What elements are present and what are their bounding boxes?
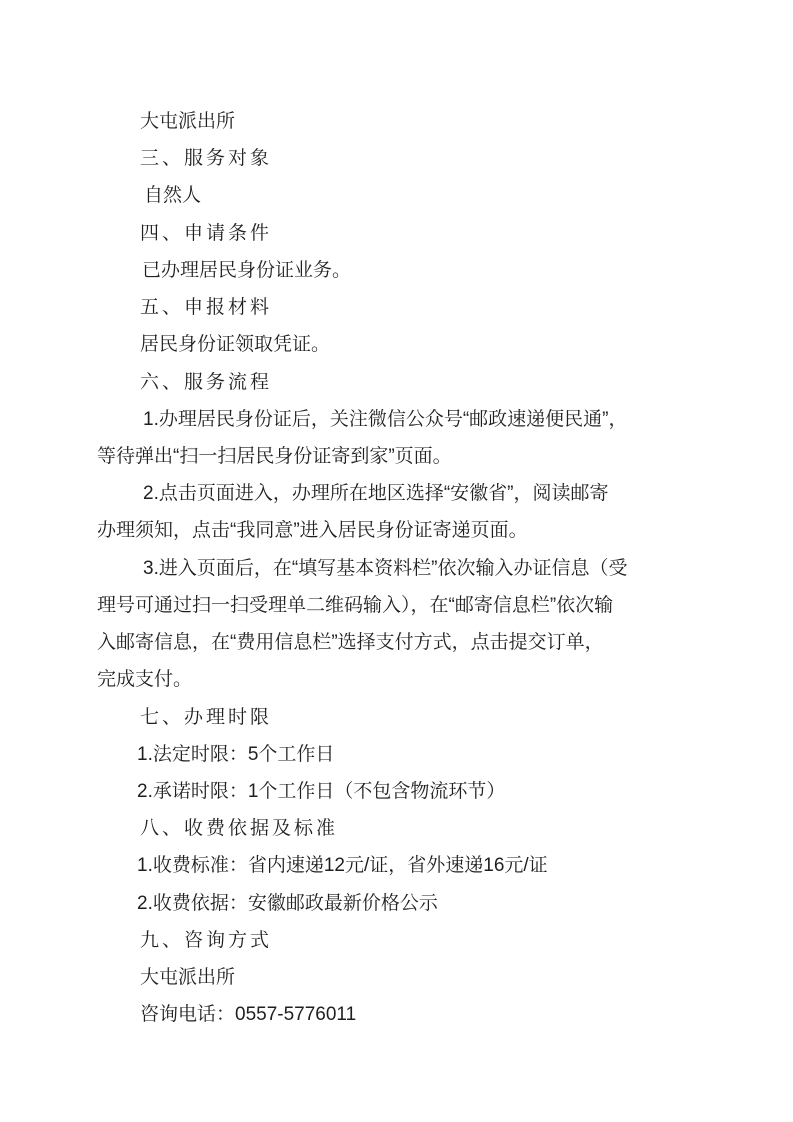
- fee-basis: 2.收费依据：安徽邮政最新价格公示: [137, 885, 737, 922]
- promised-time-limit: 2.承诺时限：1个工作日（不包含物流环节）: [137, 773, 737, 810]
- process-step-3-line-4: 完成支付。: [97, 661, 737, 698]
- fee-standard: 1.收费标准：省内速递12元/证，省外速递16元/证: [137, 847, 737, 884]
- document-text-block: 大屯派出所 三、服务对象 自然人 四、申请条件 已办理居民身份证业务。 五、申报…: [97, 103, 737, 1033]
- application-conditions-value: 已办理居民身份证业务。: [142, 252, 737, 289]
- process-step-3-line-1: 3.进入页面后，在“填写基本资料栏”依次输入办证信息（受: [143, 550, 737, 587]
- office-name-line: 大屯派出所: [140, 103, 737, 140]
- heading-service-process: 六、服务流程: [140, 364, 737, 401]
- consultation-phone: 咨询电话：0557-5776011: [140, 996, 737, 1033]
- application-materials-value: 居民身份证领取凭证。: [140, 326, 737, 363]
- process-step-1-line-2: 等待弹出“扫一扫居民身份证寄到家”页面。: [97, 438, 737, 475]
- process-step-3-line-3: 入邮寄信息，在“费用信息栏”选择支付方式，点击提交订单，: [97, 624, 737, 661]
- service-object-value: 自然人: [144, 177, 737, 214]
- heading-processing-time-limit: 七、办理时限: [140, 699, 737, 736]
- statutory-time-limit: 1.法定时限：5个工作日: [137, 736, 737, 773]
- heading-application-conditions: 四、申请条件: [140, 215, 737, 252]
- process-step-1-line-1: 1.办理居民身份证后，关注微信公众号“邮政速递便民通”，: [143, 401, 737, 438]
- process-step-3-line-2: 理号可通过扫一扫受理单二维码输入），在“邮寄信息栏”依次输: [97, 587, 737, 624]
- consultation-office-name: 大屯派出所: [140, 959, 737, 996]
- heading-service-object: 三、服务对象: [140, 140, 737, 177]
- heading-fee-basis-standard: 八、收费依据及标准: [140, 810, 737, 847]
- heading-consultation-method: 九、咨询方式: [140, 922, 737, 959]
- heading-application-materials: 五、申报材料: [140, 289, 737, 326]
- process-step-2-line-2: 办理须知，点击“我同意”进入居民身份证寄递页面。: [97, 512, 737, 549]
- document-page: 大屯派出所 三、服务对象 自然人 四、申请条件 已办理居民身份证业务。 五、申报…: [0, 0, 793, 1122]
- process-step-2-line-1: 2.点击页面进入，办理所在地区选择“安徽省”，阅读邮寄: [143, 475, 737, 512]
